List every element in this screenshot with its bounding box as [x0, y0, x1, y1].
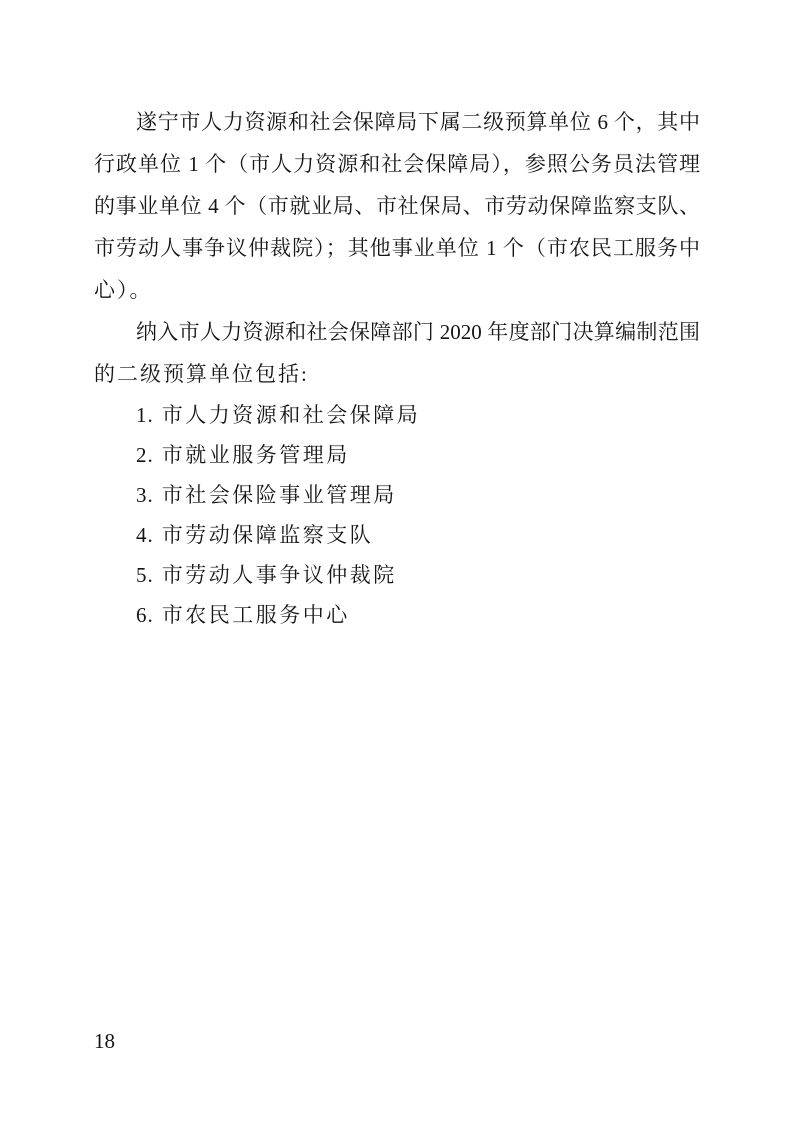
budget-unit-name: 市劳动保障监察支队	[162, 523, 374, 547]
paragraph-subordinate-units: 遂宁市人力资源和社会保障局下属二级预算单位 6 个，其中行政单位 1 个（市人力…	[94, 101, 700, 311]
budget-unit-item: 3.市社会保险事业管理局	[94, 475, 700, 515]
budget-unit-list: 1.市人力资源和社会保障局2.市就业服务管理局3.市社会保险事业管理局4.市劳动…	[94, 395, 700, 635]
budget-unit-name: 市社会保险事业管理局	[162, 483, 397, 507]
budget-unit-name: 市就业服务管理局	[162, 443, 350, 467]
budget-unit-item: 2.市就业服务管理局	[94, 435, 700, 475]
budget-unit-item: 1.市人力资源和社会保障局	[94, 395, 700, 435]
budget-unit-name: 市劳动人事争议仲裁院	[162, 563, 397, 587]
paragraph-line: 纳入市人力资源和社会保障部门 2020 年度部门决算编制范围	[94, 311, 700, 353]
budget-unit-number: 5.	[136, 555, 154, 595]
paragraph-line: 行政单位 1 个（市人力资源和社会保障局），参照公务员法管理	[94, 143, 700, 185]
document-page: 遂宁市人力资源和社会保障局下属二级预算单位 6 个，其中行政单位 1 个（市人力…	[0, 0, 793, 1122]
budget-unit-item: 5.市劳动人事争议仲裁院	[94, 555, 700, 595]
paragraph-line: 市劳动人事争议仲裁院）；其他事业单位 1 个（市农民工服务中	[94, 227, 700, 269]
budget-unit-number: 4.	[136, 515, 154, 555]
paragraph-scope-intro: 纳入市人力资源和社会保障部门 2020 年度部门决算编制范围的二级预算单位包括:	[94, 311, 700, 395]
paragraph-line: 遂宁市人力资源和社会保障局下属二级预算单位 6 个，其中	[94, 101, 700, 143]
budget-unit-number: 6.	[136, 595, 154, 635]
budget-unit-item: 6.市农民工服务中心	[94, 595, 700, 635]
budget-unit-number: 1.	[136, 395, 154, 435]
paragraph-line: 的事业单位 4 个（市就业局、市社保局、市劳动保障监察支队、	[94, 185, 700, 227]
page-number: 18	[94, 1029, 115, 1053]
paragraph-line: 的二级预算单位包括:	[94, 353, 700, 395]
budget-unit-number: 3.	[136, 475, 154, 515]
document-body: 遂宁市人力资源和社会保障局下属二级预算单位 6 个，其中行政单位 1 个（市人力…	[94, 101, 700, 635]
budget-unit-item: 4.市劳动保障监察支队	[94, 515, 700, 555]
paragraph-line: 心）。	[94, 269, 700, 311]
budget-unit-name: 市农民工服务中心	[162, 603, 350, 627]
budget-unit-name: 市人力资源和社会保障局	[162, 403, 421, 427]
budget-unit-number: 2.	[136, 435, 154, 475]
